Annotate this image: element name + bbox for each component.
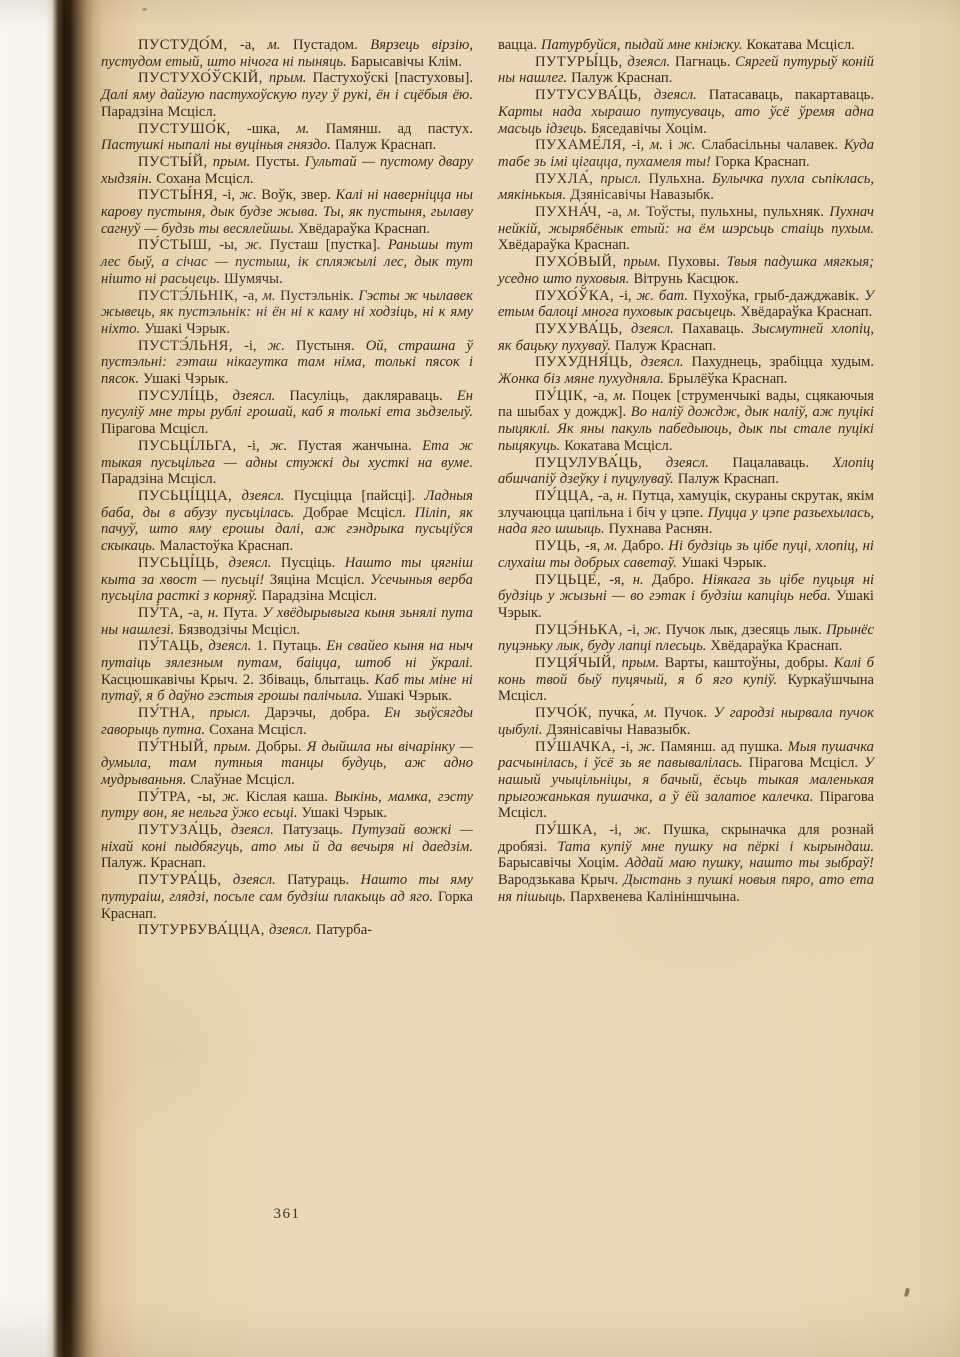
headword: ПУЦУЛУВА́ЦЬ, [535, 455, 642, 471]
entry-text: Парадзіна Мсцісл. [101, 471, 216, 487]
grammar-label: дзеясл. [641, 354, 684, 370]
entry-text [642, 455, 666, 471]
page-number: 361 [101, 1206, 473, 1223]
entry-text: Пахаваць. [674, 321, 752, 337]
grammar-label: прым. [622, 655, 659, 671]
dict-entry: ПУЦУЛУВА́ЦЬ, дзеясл. Пацалаваць. Хлопіц … [498, 455, 874, 488]
dict-entry: ПУСЬЦІ́ЦЦА, дзеясл. Пусціцца [пайсці]. Л… [101, 488, 473, 555]
dialect-example: Тата купіў мне пушку на пёркі і кырындаш… [557, 839, 874, 855]
entry-text: -ы, [191, 789, 222, 805]
entry-text: Шумячы. [220, 271, 283, 287]
entry-text: Маластоўка Краснап. [156, 538, 294, 554]
dict-entry: ПУТУРА́ЦЬ, дзеясл. Патураць. Нашто ты ям… [101, 872, 473, 922]
entry-text: Патузаць. [274, 822, 352, 838]
grammar-label: н. [208, 605, 219, 621]
entry-text: Пасуліць, дакляраваць. [275, 388, 457, 404]
dict-entry: ПУХО́ЎКА, -і, ж. бат. Пухоўка, грыб-дажд… [498, 288, 874, 321]
headword: ПУХО́ЎКА, [535, 288, 614, 304]
entry-text: і [663, 137, 678, 153]
headword: ПУЦЬ, [535, 538, 581, 554]
entry-text: Слабасільны чалавек. [696, 137, 844, 153]
dict-entry: ПУЦЭ́НЬКА, -і, ж. Пучок лык, дзесяць лык… [498, 622, 874, 655]
entry-text [195, 705, 209, 721]
entry-text: Вародзькава Крыч. [498, 872, 624, 888]
entry-text: -і, [614, 288, 637, 304]
grammar-label: ж. [678, 137, 695, 153]
dict-entry: ПУТУРБУВА́ЦЦА, дзеясл. Патурба- [101, 922, 473, 939]
grammar-label: дзеясл. [631, 321, 674, 337]
headword: ПУСТЫ́Й, [138, 154, 208, 170]
dict-entry: ПУЦЯ́ЧЫЙ, прым. Варты, каштоўны, добры. … [498, 655, 874, 705]
dict-entry: ПУСТЫ́Й, прым. Пусты. Гультай — пустому … [101, 154, 473, 187]
entry-text: Варты, каштоўны, добры. [659, 655, 834, 671]
dialect-example: Патурбуйся, пыдай мне кніжку. [541, 37, 743, 53]
headword: ПУСУЛІ́ЦЬ, [138, 388, 218, 404]
entry-text: -я, [601, 572, 633, 588]
entry-text: Пагнаць. [670, 54, 735, 70]
grammar-label: прысл. [210, 705, 251, 721]
grammar-label: н. [617, 488, 628, 504]
entry-text: -і, [623, 622, 644, 638]
grammar-label: прым. [214, 739, 251, 755]
dict-entry: ПУХУВА́ЦЬ, дзеясл. Пахаваць. Зысмутней х… [498, 321, 874, 354]
dict-entry: ПУ́ШКА, -і, ж. Пушка, скрыначка для розн… [498, 822, 874, 906]
entry-text: -а, [594, 488, 617, 504]
grammar-label: ж. [245, 237, 262, 253]
dict-entry: ПУ́ЦЦА, -а, н. Путца, хамуцік, скураны с… [498, 488, 874, 538]
headword: ПУЦЭ́НЬКА, [535, 622, 623, 638]
headword: ПУ́ТНА, [138, 705, 195, 721]
headword: ПУСТЫ́НЯ, [138, 187, 218, 203]
entry-text [222, 872, 233, 888]
dict-entry: ПУ́ТНЫЙ, прым. Добры. Я дыйшла ны вічарі… [101, 739, 473, 789]
headword: ПУСЬЦІ́ЦЦА, [138, 488, 232, 504]
headword: ПУХНА́Ч, [535, 204, 602, 220]
headword: ПУ́ЦІК, [535, 388, 587, 404]
dialect-example: Пастушкі ныпалі ны вуціныя гняздо. [101, 137, 331, 153]
headword: ПУСТУШО́К, [138, 121, 231, 137]
entry-text: -шка, [231, 121, 297, 137]
grammar-label: дзеясл. [627, 54, 670, 70]
entry-text: Ушакі Чэрык. [297, 805, 387, 821]
entry-text: Пульхна. [641, 171, 712, 187]
grammar-label: ж. [270, 438, 287, 454]
entry-text: Дабро. [644, 572, 703, 588]
entry-text: Пусты. [250, 154, 305, 170]
grammar-label: м. [644, 705, 657, 721]
entry-text: Кіслая каша. [239, 789, 334, 805]
entry-text: Пархвенева Калініншчына. [566, 889, 740, 905]
headword: ПУСТЭ́ЛЬНІК, [138, 288, 238, 304]
dict-entry: ПУСУЛІ́ЦЬ, дзеясл. Пасуліць, дакляраваць… [101, 388, 473, 438]
entry-text: Хвёдараўка Краснап. [498, 237, 630, 253]
headword: ПУТУРА́ЦЬ, [138, 872, 222, 888]
entry-text [222, 822, 231, 838]
entry-text: Барысавічы Клім. [347, 54, 462, 70]
headword: ПУСТЭ́ЛЬНЯ, [138, 338, 233, 354]
grammar-label: прым. [213, 154, 250, 170]
dict-entry: ПУ́ШАЧКА, -і, ж. Памянш. ад пушка. Мыя п… [498, 739, 874, 823]
column-right: вацца. Патурбуйся, пыдай мне кніжку. Кок… [498, 37, 874, 906]
grammar-label: ж. [638, 739, 655, 755]
headword: ПУ́ЦЦА, [535, 488, 594, 504]
headword: ПУЦЬЦЕ́, [535, 572, 601, 588]
entry-text [633, 354, 641, 370]
entry-text: Патасаваць, пакартаваць. [697, 87, 874, 103]
entry-text: Ушакі Чэрык. [362, 688, 452, 704]
grammar-label: ж. [268, 338, 285, 354]
entry-text: Пусташ [пустка]. [262, 237, 388, 253]
entry-text: Касцюшкавічы Крыч. 2. Збіваць, блытаць. [101, 672, 375, 688]
grammar-label: м. [263, 288, 276, 304]
dict-entry: ПУ́ТАЦЬ, дзеясл. 1. Путаць. Ен свайео кы… [101, 638, 473, 705]
dict-entry: ПУСЬЦІ́ЛЬГА, -і, ж. Пустая жанчына. Ета … [101, 438, 473, 488]
entry-text: Дарэчы, добра. [251, 705, 385, 721]
entry-text: Пучок. [657, 705, 713, 721]
headword: ПУСЬЦІ́ЦЬ, [138, 555, 219, 571]
entry-text: -і, [237, 438, 270, 454]
entry-text: Добрае Мсцісл. [294, 505, 414, 521]
entry-text [642, 87, 654, 103]
grammar-label: м. [605, 538, 618, 554]
entry-text: Пухнава Раснян. [605, 521, 713, 537]
headword: ПУ́СТЫШ, [138, 237, 212, 253]
entry-text: Хвёдараўка Краснап. [736, 304, 872, 320]
entry-text: Палуж. Краснап. [101, 855, 206, 871]
dict-entry: ПУХО́ВЫЙ, прым. Пуховы. Твыя падушка мяг… [498, 254, 874, 287]
entry-text: -і, [233, 338, 268, 354]
entry-text: Ушакі Чэрык. [139, 371, 229, 387]
entry-text: Пірагова Мсцісл. [743, 755, 865, 771]
entry-text: Пірагова Мсцісл. [101, 421, 208, 437]
entry-text: Пустэльнік. [275, 288, 358, 304]
grammar-label: прым. [623, 254, 660, 270]
paper-blemish [904, 1288, 910, 1298]
entry-text: Тоўсты, пульхны, пульхняк. [641, 204, 830, 220]
entry-text: Пучок лык, дзесяць лык. [661, 622, 826, 638]
entry-text: Зяціна Мсцісл. [264, 572, 370, 588]
dict-entry: ПУСТЭ́ЛЬНЯ, -і, ж. Пустыня. Ой, страшна … [101, 338, 473, 388]
headword: ПУХО́ВЫЙ, [535, 254, 616, 270]
entry-text: Пустадом. [281, 37, 371, 53]
headword: ПУТУРБУВА́ЦЦА, [138, 922, 265, 938]
entry-text: Кокатава Мсцісл. [560, 438, 672, 454]
entry-text: Ушакі Чэрык. [677, 555, 767, 571]
grammar-label: ж. [634, 822, 651, 838]
entry-text: Патурба- [312, 922, 372, 938]
grammar-label: ж. [222, 789, 239, 805]
entry-text: Сохана Мсцісл. [152, 171, 253, 187]
entry-text: Бязводзічы Мсцісл. [174, 622, 300, 638]
dict-entry: ПУ́ТА, -а, н. Пута. У хвёдырывыга кыня з… [101, 605, 473, 638]
headword: ПУЦЯ́ЧЫЙ, [535, 655, 616, 671]
dict-entry: ПУХУДНЯ́ЦЬ, дзеясл. Пахуднець, зрабіцца … [498, 354, 874, 387]
dict-entry: ПУ́СТЫШ, -ы, ж. Пусташ [пустка]. Раньшы … [101, 237, 473, 287]
grammar-label: дзеясл. [233, 872, 276, 888]
entry-text: -і, [597, 822, 634, 838]
dict-entry: ПУЧО́К, пучка́, м. Пучок. У гародзі нырв… [498, 705, 874, 738]
entry-text: -і, [626, 137, 650, 153]
dialect-example: Аддай маю пушку, нашто ты зыбраў! [625, 855, 874, 871]
entry-text: 1. Путаць. [251, 638, 326, 654]
entry-text: Бяседавічы Хоцім. [587, 121, 707, 137]
dict-entry: ПУСТУДО́М, -а, м. Пустадом. Вярзець вірз… [101, 37, 473, 70]
grammar-label: дзеясл. [231, 822, 274, 838]
entry-text: Пусціць. [271, 555, 344, 571]
entry-text: -ы, [212, 237, 245, 253]
entry-text: -а, [587, 388, 613, 404]
headword: ПУ́ШКА, [535, 822, 597, 838]
entry-text: Парадзіна Мсцісл. [258, 588, 377, 604]
dict-entry: ПУТУСУВА́ЦЬ, дзеясл. Патасаваць, пакарта… [498, 87, 874, 137]
headword: ПУХУВА́ЦЬ, [535, 321, 623, 337]
dialect-example: Далі яму дайгую пастухоўскую пугу ў рукі… [101, 87, 473, 103]
entry-text [219, 555, 229, 571]
headword: ПУСЬЦІ́ЛЬГА, [138, 438, 237, 454]
entry-text: -а, [184, 605, 208, 621]
grammar-label: ж. бат. [637, 288, 688, 304]
entry-text: -а, [602, 204, 628, 220]
headword: ПУСТУДО́М, [138, 37, 228, 53]
headword: ПУЧО́К, [535, 705, 592, 721]
grammar-label: прысл. [600, 171, 641, 187]
entry-text: Пацалаваць. [709, 455, 833, 471]
dict-entry: ПУХАМЕ́ЛЯ, -і, м. і ж. Слабасільны чалав… [498, 137, 874, 170]
dict-entry: ПУЦЬ, -я, м. Дабро. Ні будзіць зь цібе п… [498, 538, 874, 571]
dict-entry: ПУ́ТРА, -ы, ж. Кіслая каша. Выкінь, мамк… [101, 789, 473, 822]
headword: ПУ́ШАЧКА, [535, 739, 616, 755]
entry-text: -а, [228, 37, 268, 53]
grammar-label: дзеясл. [229, 555, 272, 571]
grammar-label: дзеясл. [233, 388, 276, 404]
entry-text: Палуж Краснап. [331, 137, 436, 153]
dict-entry: ПУ́ТНА, прысл. Дарэчы, добра. Ен зыўсягд… [101, 705, 473, 738]
entry-text: Палуж Краснап. [611, 338, 716, 354]
headword: ПУХЛА́, [535, 171, 593, 187]
entry-text: Пусціцца [пайсці]. [284, 488, 424, 504]
entry-text: Добры. [251, 739, 307, 755]
entry-text: Кокатава Мсцісл. [742, 37, 854, 53]
dict-entry: ПУСТУХО́ЎСКІЙ, прым. Пастухоўскі [пастух… [101, 70, 473, 120]
dict-entry: ПУ́ЦІК, -а, м. Поцек [струменчыкі вады, … [498, 388, 874, 455]
dict-entry: ПУХЛА́, прысл. Пульхна. Булычка пухла сь… [498, 171, 874, 204]
entry-text: вацца. [498, 37, 541, 53]
headword: ПУ́ТНЫЙ, [138, 739, 208, 755]
headword: ПУТУЗА́ЦЬ, [138, 822, 222, 838]
headword: ПУХУДНЯ́ЦЬ, [535, 354, 633, 370]
entry-text [232, 488, 241, 504]
headword: ПУ́ТА, [138, 605, 184, 621]
grammar-label: дзеясл. [269, 922, 312, 938]
entry-text: Пахуднець, зрабіцца худым. [683, 354, 874, 370]
headword: ПУТУСУВА́ЦЬ, [535, 87, 642, 103]
entry-text: -я, [581, 538, 605, 554]
entry-text: Пухоўка, грыб-дажджавік. [688, 288, 864, 304]
headword: ПУ́ТАЦЬ, [138, 638, 203, 654]
dict-entry: ПУСТЫ́НЯ, -і, ж. Воўк, звер. Калі ні нав… [101, 187, 473, 237]
entry-text: Пуховы. [661, 254, 727, 270]
dict-entry: ПУСЬЦІ́ЦЬ, дзеясл. Пусціць. Нашто ты цяг… [101, 555, 473, 605]
entry-text: Пута. [219, 605, 263, 621]
entry-text: Слаўнае Мсцісл. [186, 772, 294, 788]
dict-entry: ПУСТУШО́К, -шка, м. Памянш. ад пастух. П… [101, 121, 473, 154]
grammar-label: дзеясл. [654, 87, 697, 103]
dict-entry: ПУТУРЫ́ЦЬ, дзеясл. Пагнаць. Сяргей путур… [498, 54, 874, 87]
entry-text: Вітрунь Касцюк. [629, 271, 738, 287]
grammar-label: ж. [644, 622, 661, 638]
entry-text: Палуж Краснап. [567, 70, 672, 86]
entry-text: Дзянісавічы Навазыбк. [542, 722, 690, 738]
grammar-label: м. [613, 388, 626, 404]
grammar-label: м. [650, 137, 663, 153]
scanned-dictionary-page: ПУСТУДО́М, -а, м. Пустадом. Вярзець вірз… [0, 0, 960, 1357]
entry-text: Патураць. [276, 872, 361, 888]
entry-text: Палуж Краснап. [674, 471, 779, 487]
entry-text: Горка Краснап. [711, 154, 810, 170]
headword: ПУ́ТРА, [138, 789, 191, 805]
grammar-label: м. [268, 37, 281, 53]
entry-text: Хвёдараўка Краснап. [294, 221, 430, 237]
dialect-example: Жонка біз мяне пухудняла. [498, 371, 664, 387]
entry-text [218, 388, 232, 404]
entry-text: Пустая жанчына. [287, 438, 422, 454]
entry-text: -і, [218, 187, 240, 203]
headword: ПУХАМЕ́ЛЯ, [535, 137, 626, 153]
grammar-label: м. [296, 121, 309, 137]
grammar-label: дзеясл. [666, 455, 709, 471]
entry-text: Хвёдараўка Краснап. [706, 638, 842, 654]
entry-text: Барысавічы Хоцім. [498, 855, 625, 871]
headword: ПУСТУХО́ЎСКІЙ, [138, 70, 263, 86]
paper-speck [142, 8, 147, 11]
entry-text: Парадзіна Мсцісл. [101, 104, 216, 120]
grammar-label: дзеясл. [242, 488, 285, 504]
grammar-label: дзеясл. [208, 638, 251, 654]
grammar-label: ж. [239, 187, 256, 203]
entry-text: Сохана Мсцісл. [205, 722, 306, 738]
entry-text: -а, [238, 288, 262, 304]
entry-text: Дзянісавічы Навазыбк. [566, 187, 714, 203]
dict-entry: ПУЦЬЦЕ́, -я, н. Дабро. Ніякага зь цібе п… [498, 572, 874, 622]
grammar-label: н. [633, 572, 644, 588]
headword: ПУТУРЫ́ЦЬ, [535, 54, 623, 70]
entry-text: пучка́, [592, 705, 644, 721]
column-left: ПУСТУДО́М, -а, м. Пустадом. Вярзець вірз… [101, 37, 473, 939]
grammar-label: прым. [269, 70, 306, 86]
dict-entry: ПУХНА́Ч, -а, м. Тоўсты, пульхны, пульхня… [498, 204, 874, 254]
entry-text: Пастухоўскі [пастуховы]. [306, 70, 473, 86]
dict-entry: ПУСТЭ́ЛЬНІК, -а, м. Пустэльнік. Гэсты ж … [101, 288, 473, 338]
entry-text: Памянш. ад пастух. [309, 121, 473, 137]
entry-text [623, 321, 631, 337]
entry-text: Ушакі Чэрык. [140, 321, 230, 337]
grammar-label: м. [628, 204, 641, 220]
entry-text: Воўк, звер. [257, 187, 336, 203]
dict-entry: ПУТУЗА́ЦЬ, дзеясл. Патузаць. Путузай вож… [101, 822, 473, 872]
entry-text: Пустыня. [285, 338, 366, 354]
entry-text: Дабро. [618, 538, 669, 554]
entry-text: Брылёўка Краснап. [664, 371, 788, 387]
entry-text: -і, [616, 739, 638, 755]
dict-entry: вацца. Патурбуйся, пыдай мне кніжку. Кок… [498, 37, 874, 54]
entry-text: Памянш. ад пушка. [655, 739, 787, 755]
